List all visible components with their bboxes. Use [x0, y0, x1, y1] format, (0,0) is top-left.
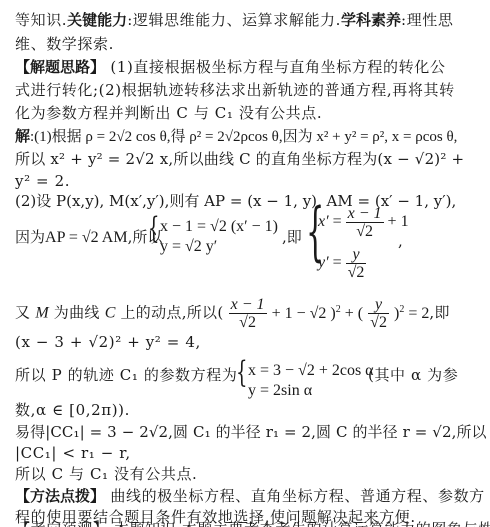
- param-suffix: (其中 α 为参: [368, 366, 458, 384]
- method-line-1: 【方法点拨】 曲线的极坐标方程、直角坐标方程、普通方程、参数方: [15, 487, 485, 505]
- key-ability-text: :逻辑思维能力、运算求解能力.: [127, 11, 341, 29]
- method-label: 【方法点拨】: [15, 487, 105, 505]
- system-2-eq-1: x′ = x − 1√2 + 1: [318, 205, 409, 240]
- thinking-line-1: 【解题思路】 (1)直接根据极坐标方程与直角坐标方程的转化公: [15, 58, 445, 76]
- literacy-label: 学科素养: [341, 11, 401, 29]
- thinking-line-2: 式进行转化;(2)根据轨迹转移法求出新轨迹的普通方程,再将其转: [15, 81, 455, 99]
- param-eq-2: y = 2sin α: [248, 382, 312, 400]
- dist-line: 易得|CC₁| = 3 − 2√2,圆 C₁ 的半径 r₁ = 2,圆 C 的半…: [15, 423, 487, 441]
- intro-prefix: 等知识.: [15, 11, 67, 29]
- solution-text-1: :(1)根据 ρ = 2√2 cos θ,得 ρ² = 2√2ρcos θ,因为…: [30, 129, 457, 145]
- ie-text: ,即: [282, 228, 302, 246]
- param-eq-1: x = 3 − √2 + 2cos α: [248, 362, 374, 380]
- intro-line-2: 维、数学探索.: [15, 35, 114, 53]
- system-2-eq-2: y′ = y√2: [318, 246, 366, 281]
- key-ability-label: 关键能力: [67, 11, 127, 29]
- literacy-text: :理性思: [401, 11, 453, 29]
- cutoff-line: 【考向预测】 本题知识,本题主要考查考生的计算运算能力的图象与性质,单: [15, 520, 490, 527]
- since-text: 因为: [15, 228, 45, 246]
- thinking-line-3: 化为参数方程并判断出 C 与 C₁ 没有公共点.: [15, 104, 322, 122]
- solution-line-3: y² = 2.: [15, 172, 70, 190]
- system-1-eq-1: x − 1 = √2 (x′ − 1): [160, 218, 278, 236]
- thinking-text-1: (1)直接根据极坐标方程与直角坐标方程的转化公: [105, 58, 445, 76]
- param-prefix: 所以 P 的轨迹 C₁ 的参数方程为: [15, 366, 237, 384]
- param-line-2: 数,α ∈ [0,2π)).: [15, 401, 130, 419]
- left-brace-icon: {: [148, 214, 159, 244]
- solution-label: 解: [15, 127, 30, 145]
- trail-comma: ,: [398, 232, 403, 250]
- solution-line-1: 解:(1)根据 ρ = 2√2 cos θ,得 ρ² = 2√2ρcos θ,因…: [15, 127, 457, 146]
- thinking-label: 【解题思路】: [15, 58, 105, 76]
- left-brace-icon: {: [236, 358, 247, 388]
- intro-line-1: 等知识.关键能力:逻辑思维能力、运算求解能力.学科素养:理性思: [15, 11, 454, 29]
- method-text-1: 曲线的极坐标方程、直角坐标方程、普通方程、参数方: [105, 487, 485, 505]
- part2-since-row: 因为AP = √2 AM,所以: [15, 228, 162, 247]
- conclusion-line: 所以 C 与 C₁ 没有公共点.: [15, 465, 197, 483]
- part2-m-line: 又 M 为曲线 C 上的动点,所以( x − 1√2 + 1 − √2 )2 +…: [15, 296, 450, 331]
- solution-line-2: 所以 x² + y² = 2√2 x,所以曲线 C 的直角坐标方程为(x − √…: [15, 150, 464, 168]
- since-eq: AP = √2 AM: [45, 229, 128, 246]
- part2-eq-line: (x − 3 + √2)² + y² = 4,: [15, 333, 201, 351]
- compare-line: |CC₁| < r₁ − r,: [15, 444, 131, 462]
- system-1-eq-2: y = √2 y′: [160, 238, 217, 256]
